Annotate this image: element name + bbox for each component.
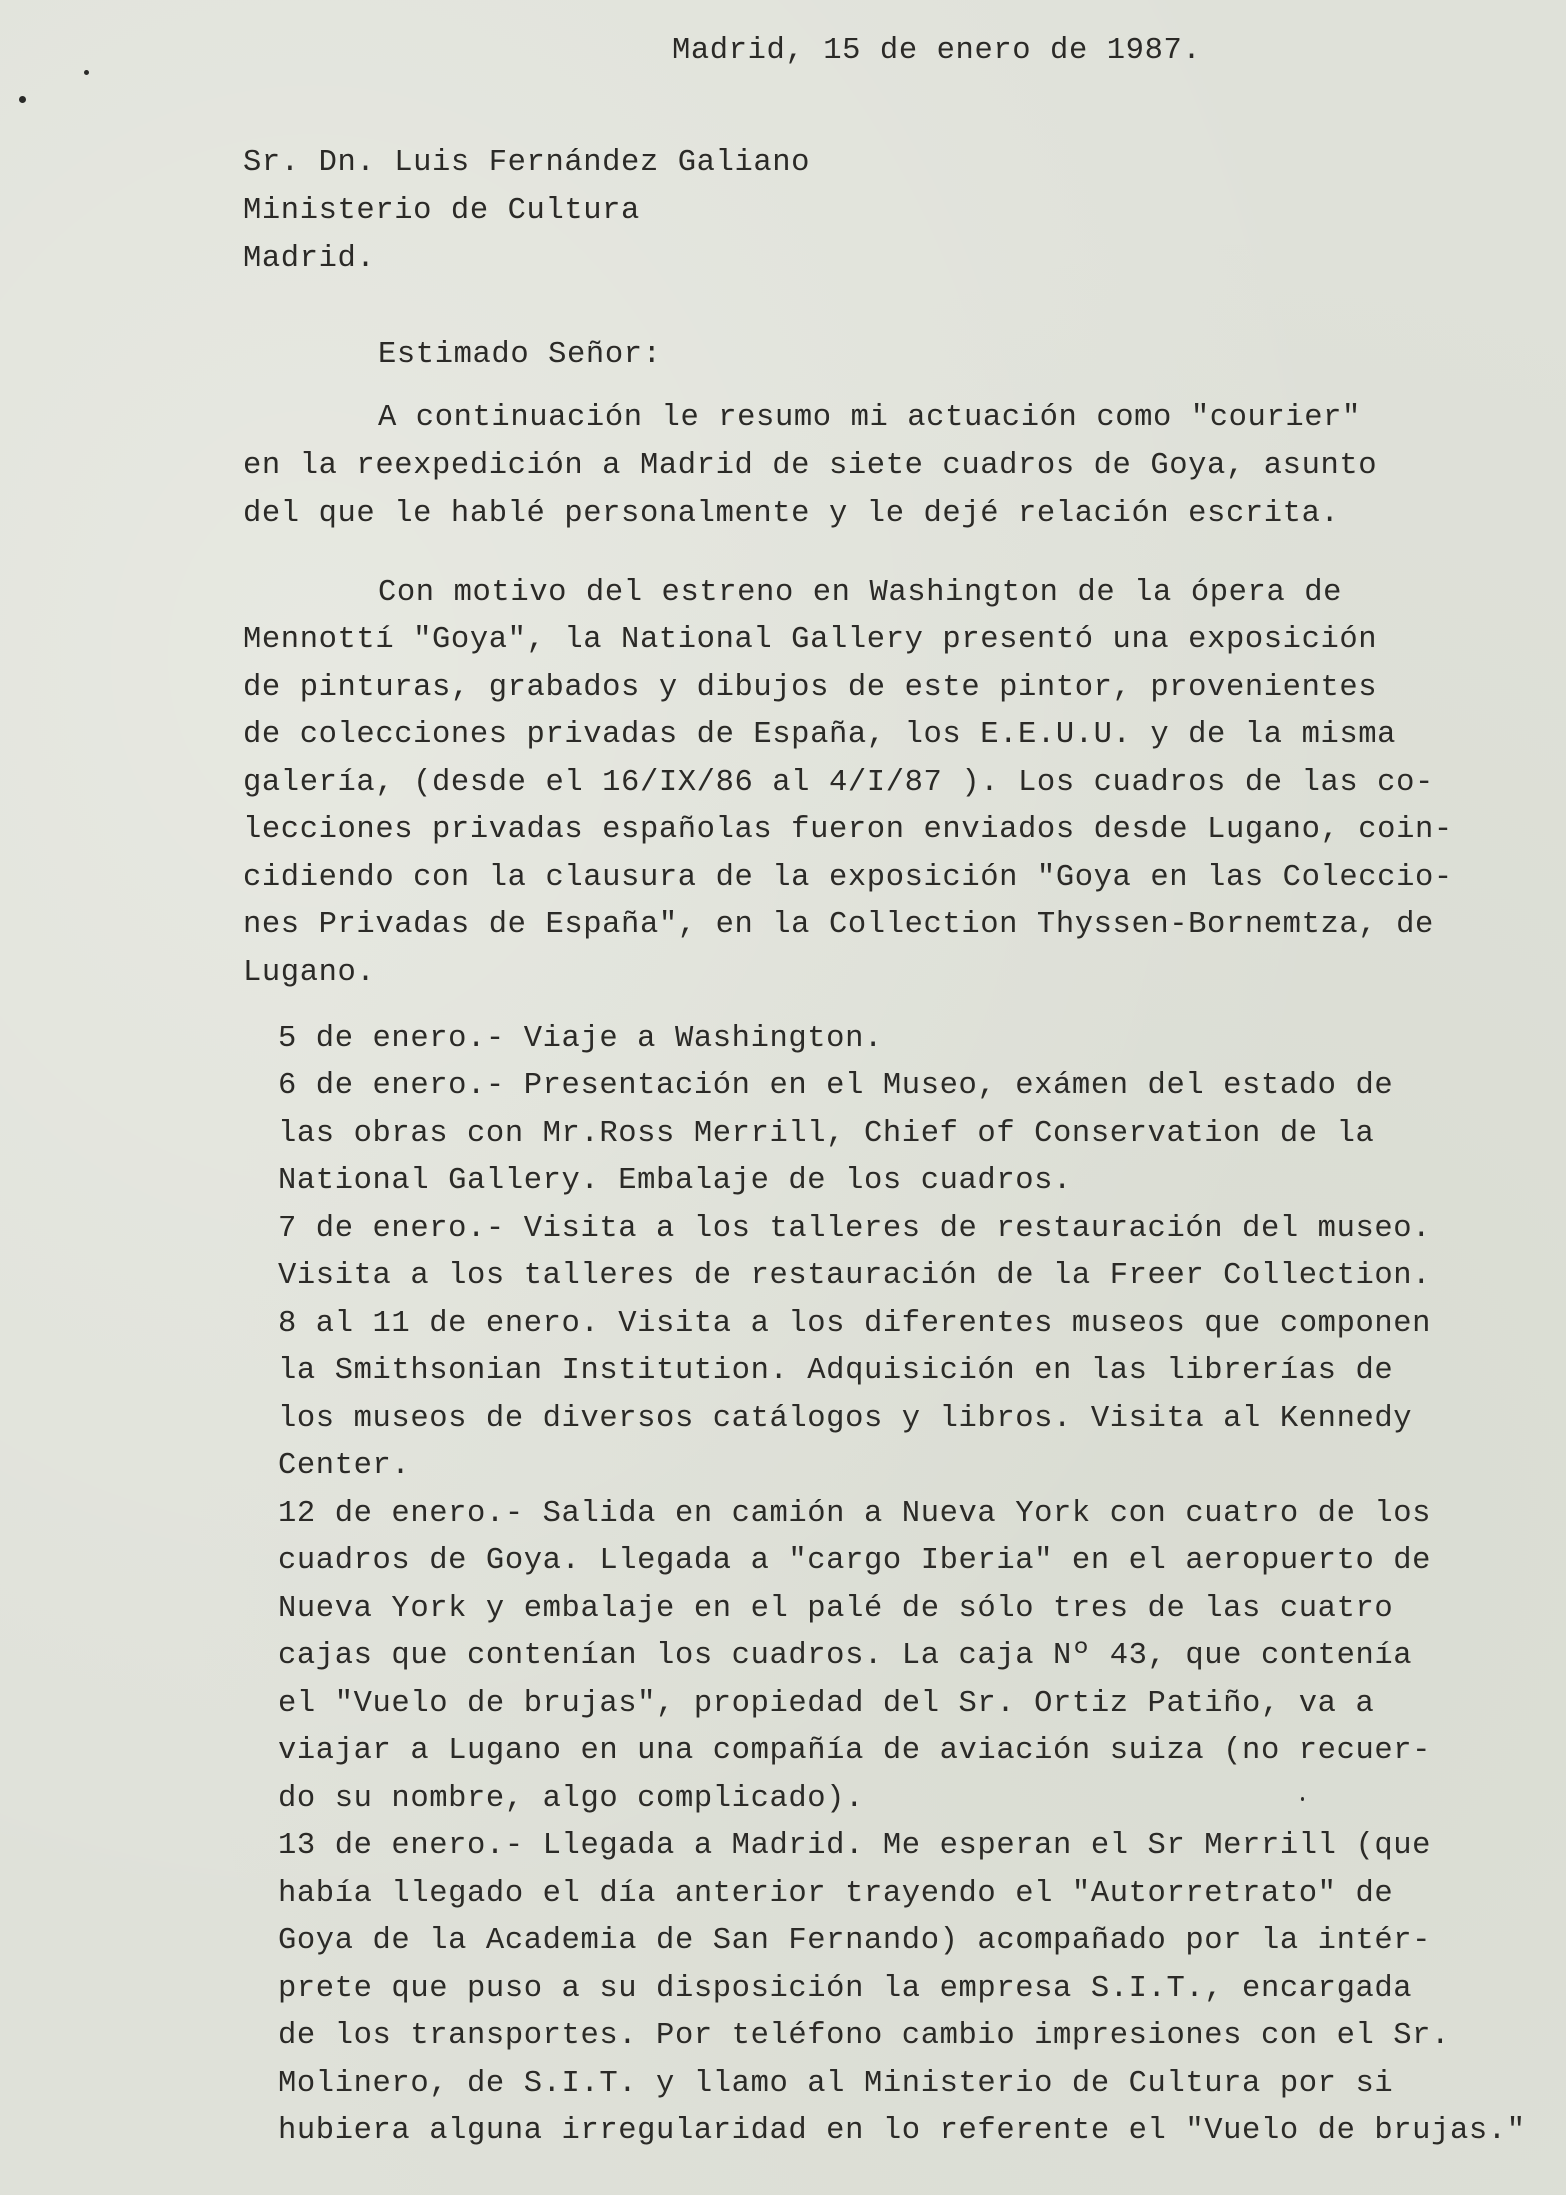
log-line: 12 de enero.- Salida en camión a Nueva Y… [278, 1497, 1431, 1531]
log-line: de los transportes. Por teléfono cambio … [278, 2019, 1450, 2053]
text-line: cidiendo con la clausura de la exposició… [243, 861, 1453, 895]
ink-speck [1301, 1797, 1304, 1801]
log-line: 5 de enero.- Viaje a Washington. [278, 1022, 883, 1056]
salutation: Estimado Señor: [378, 338, 662, 372]
log-line: do su nombre, algo complicado). [278, 1782, 864, 1816]
log-line: National Gallery. Embalaje de los cuadro… [278, 1164, 1072, 1198]
text-line: del que le hablé personalmente y le dejé… [243, 497, 1339, 531]
ink-speck [84, 70, 89, 75]
text-line: galería, (desde el 16/IX/86 al 4/I/87 ).… [243, 766, 1434, 800]
text-line: nes Privadas de España", en la Collectio… [243, 908, 1434, 942]
log-line: 6 de enero.- Presentación en el Museo, e… [278, 1069, 1393, 1103]
recipient-city: Madrid. [243, 242, 375, 276]
recipient-name: Sr. Dn. Luis Fernández Galiano [243, 146, 810, 180]
log-line: Visita a los talleres de restauración de… [278, 1259, 1431, 1293]
log-line: 13 de enero.- Llegada a Madrid. Me esper… [278, 1829, 1431, 1863]
log-line: el "Vuelo de brujas", propiedad del Sr. … [278, 1687, 1374, 1721]
log-line: viajar a Lugano en una compañía de aviac… [278, 1734, 1431, 1768]
text-line: lecciones privadas españolas fueron envi… [243, 813, 1453, 847]
text-line: de colecciones privadas de España, los E… [243, 718, 1396, 752]
log-line: Goya de la Academia de San Fernando) aco… [278, 1924, 1431, 1958]
recipient-organization: Ministerio de Cultura [243, 194, 640, 228]
log-line: Nueva York y embalaje en el palé de sólo… [278, 1592, 1393, 1626]
log-line: la Smithsonian Institution. Adquisición … [278, 1354, 1393, 1388]
log-line: cuadros de Goya. Llegada a "cargo Iberia… [278, 1544, 1431, 1578]
text-line: en la reexpedición a Madrid de siete cua… [243, 449, 1377, 483]
log-line: los museos de diversos catálogos y libro… [278, 1402, 1412, 1436]
text-line: Lugano. [243, 956, 375, 990]
log-line: cajas que contenían los cuadros. La caja… [278, 1639, 1412, 1673]
log-line: Center. [278, 1449, 410, 1483]
log-line: 8 al 11 de enero. Visita a los diferente… [278, 1307, 1431, 1341]
text-line: Con motivo del estreno en Washington de … [378, 576, 1342, 610]
log-line: las obras con Mr.Ross Merrill, Chief of … [278, 1117, 1374, 1151]
log-line: había llegado el día anterior trayendo e… [278, 1877, 1393, 1911]
log-line: hubiera alguna irregularidad en lo refer… [278, 2114, 1526, 2148]
letter-date: Madrid, 15 de enero de 1987. [672, 34, 1201, 68]
text-line: A continuación le resumo mi actuación co… [378, 401, 1361, 435]
log-line: Molinero, de S.I.T. y llamo al Ministeri… [278, 2067, 1393, 2101]
log-line: prete que puso a su disposición la empre… [278, 1972, 1412, 2006]
text-line: Mennottí "Goya", la National Gallery pre… [243, 623, 1377, 657]
log-line: 7 de enero.- Visita a los talleres de re… [278, 1212, 1431, 1246]
ink-speck [19, 96, 26, 103]
text-line: de pinturas, grabados y dibujos de este … [243, 671, 1377, 705]
